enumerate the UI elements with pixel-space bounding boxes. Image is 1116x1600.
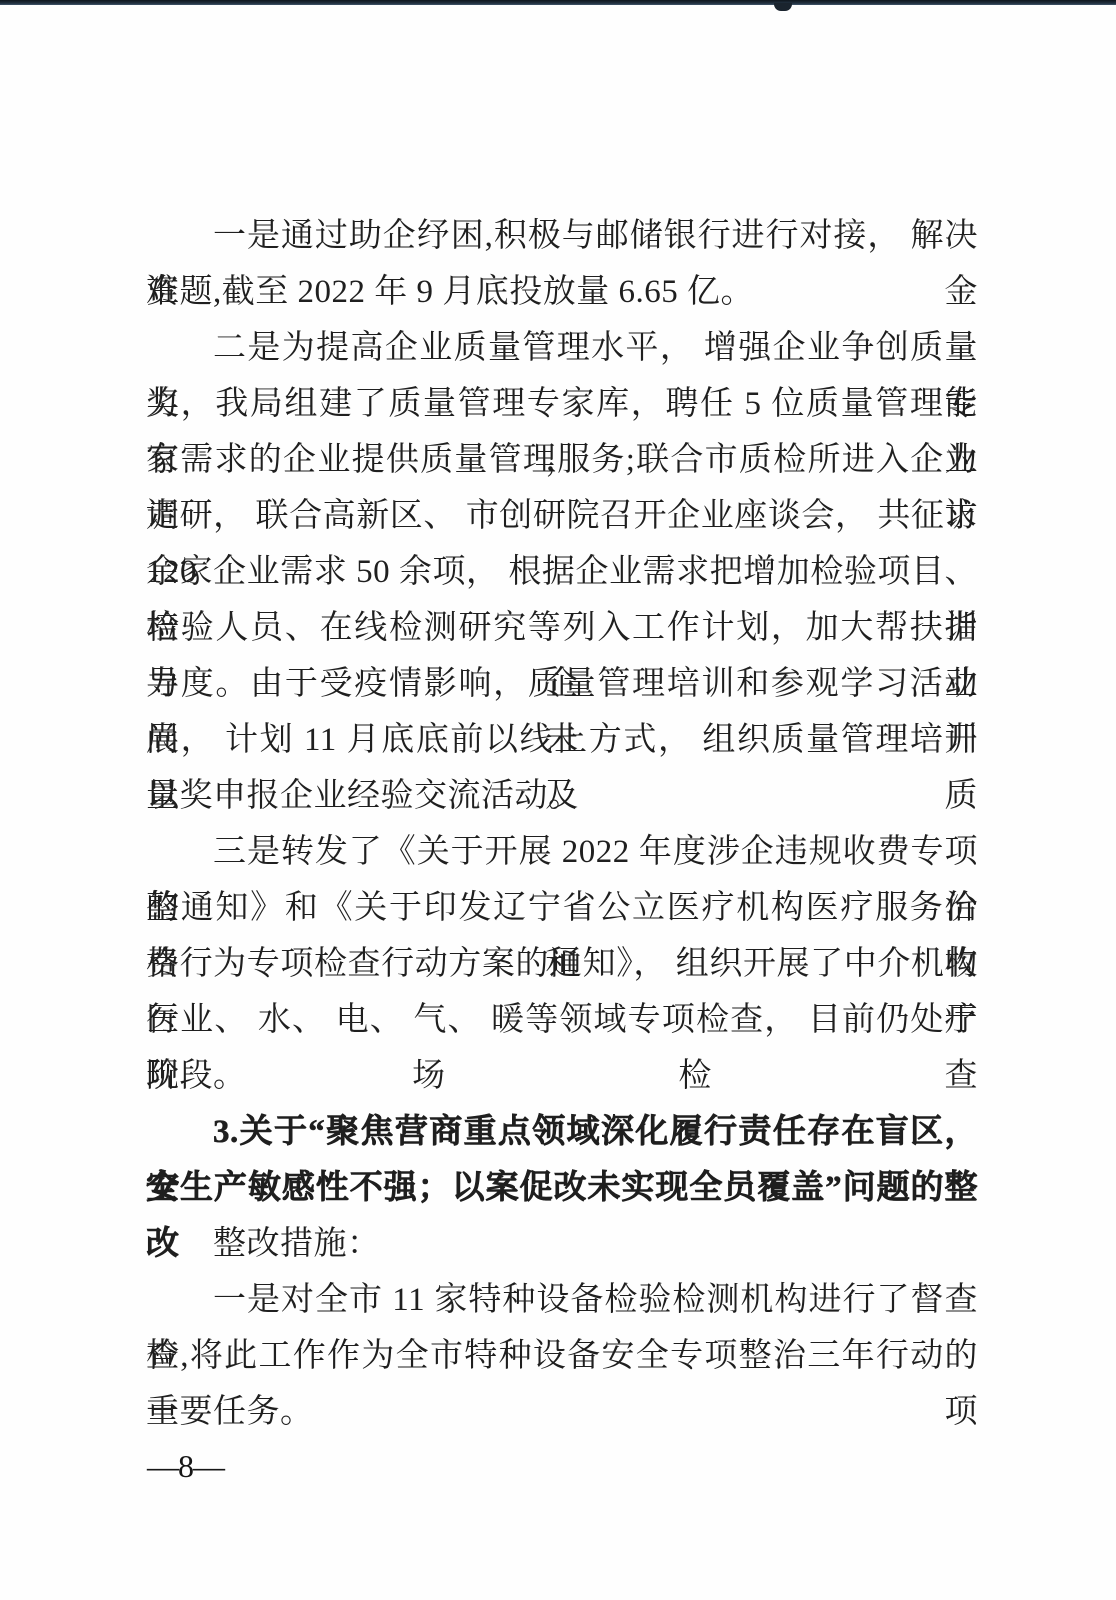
text-line: 一是对全市 11 家特种设备检验检测机构进行了督查检: [146, 1272, 978, 1328]
text-line: 二是为提高企业质量管理水平， 增强企业争创质量奖能: [146, 320, 978, 376]
text-line: 的通知》和《关于印发辽宁省公立医疗机构医疗服务价格和收: [146, 880, 978, 936]
scan-top-edge-line: [0, 0, 1116, 5]
text-line: 力度。由于受疫情影响，质量管理培训和参观学习活动尚未开: [146, 656, 978, 712]
section-heading-line: 3.关于“聚焦营商重点领域深化履行责任存在盲区，安: [146, 1104, 978, 1160]
section-heading-line: 全生产敏感性不强；以案促改未实现全员覆盖”问题的整改: [146, 1160, 978, 1216]
text-line: 行业、 水、 电、 气、 暖等领域专项检查， 目前仍处于现场检查: [146, 992, 978, 1048]
text-line: 调研， 联合高新区、 市创研院召开企业座谈会， 共征求 120: [146, 488, 978, 544]
scanned-document-page: 一是通过助企纾困,积极与邮储银行进行对接， 解决资金 难题,截至 2022 年 …: [0, 0, 1116, 1600]
text-line: 三是转发了《关于开展 2022 年度涉企违规收费专项整治: [146, 824, 978, 880]
text-line: 费行为专项检查行动方案的通知》， 组织开展了中介机构医疗: [146, 936, 978, 992]
text-line: 展， 计划 11 月底底前以线上方式， 组织质量管理培训以及质: [146, 712, 978, 768]
text-line: 余家企业需求 50 余项， 根据企业需求把增加检验项目、 培训: [146, 544, 978, 600]
scan-edge-notch: [774, 3, 792, 11]
page-number: —8—: [147, 1448, 224, 1485]
text-line: 检验人员、在线检测研究等列入工作计划，加大帮扶指导企业: [146, 600, 978, 656]
document-body: 一是通过助企纾困,积极与邮储银行进行对接， 解决资金 难题,截至 2022 年 …: [146, 208, 978, 1440]
text-line: 一是通过助企纾困,积极与邮储银行进行对接， 解决资金: [146, 208, 978, 264]
text-line: 有需求的企业提供质量管理服务;联合市质检所进入企业走访: [146, 432, 978, 488]
text-line: 力，我局组建了质量管理专家库，聘任 5 位质量管理专家，为: [146, 376, 978, 432]
text-line: 整改措施：: [146, 1216, 978, 1272]
text-line: 查,将此工作作为全市特种设备安全专项整治三年行动的一项: [146, 1328, 978, 1384]
